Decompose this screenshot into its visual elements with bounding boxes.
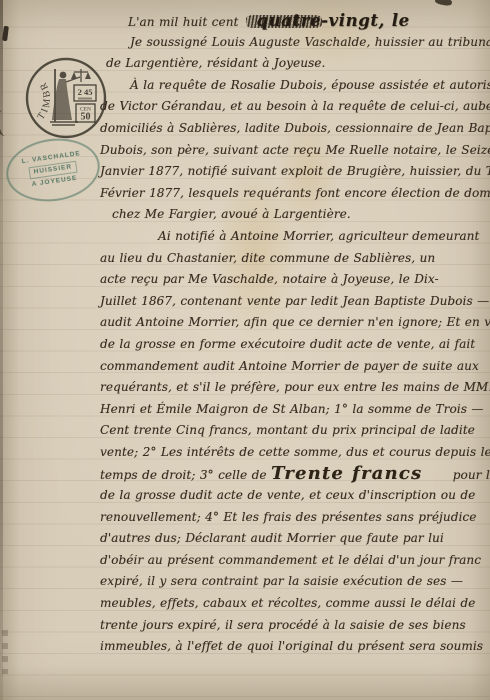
huissier-office-stamp: L. VASCHALDE HUISSIER A JOYEUSE [2,133,104,207]
manuscript-line: d'autres dus; Déclarant audit Morrier qu… [100,528,488,550]
manuscript-amount-line: temps de droit; 3° celle de Trente franc… [100,463,488,485]
manuscript-line: Dubois, son père, suivant acte reçu Me R… [100,140,488,162]
manuscript-line: commandement audit Antoine Morrier de pa… [100,356,488,378]
manuscript-opening-line: L'an mil huit centquatre-vingt, le [100,10,488,32]
scan-edge-shadow [0,0,3,700]
manuscript-line: meubles, effets, cabaux et récoltes, com… [100,593,488,615]
scales-icon [71,69,91,82]
manuscript-line: au lieu du Chastanier, dite commune de S… [100,248,488,270]
bottom-left-marks [2,630,8,674]
opening-overwrite: quatre-vingt, le [256,11,409,30]
top-edge-smudge [435,0,453,6]
manuscript-line: de Largentière, résidant à Joyeuse. [100,53,488,75]
amount-before: temps de droit; 3° celle de [100,468,267,482]
stamp-value-boxes: 2 45 CEN 50 [74,85,96,123]
manuscript-line: chez Me Fargier, avoué à Largentière. [100,204,488,226]
manuscript-line: expiré, il y sera contraint par la saisi… [100,571,488,593]
manuscript-line: Ai notifié à Antoine Morrier, agriculteu… [100,226,488,248]
manuscript-line: Je soussigné Louis Auguste Vaschalde, hu… [100,32,488,54]
manuscript-line: audit Antoine Morrier, afin que ce derni… [100,312,488,334]
manuscript-page: TIMBRE 2 45 CEN 50 L. VASCHALDE HUIS [0,0,490,700]
manuscript-line: vente; 2° Les intérêts de cette somme, d… [100,442,488,464]
manuscript-line: Henri et Émile Maigron de St Alban; 1° l… [100,399,488,421]
manuscript-line: domiciliés à Sablières, ladite Dubois, c… [100,118,488,140]
opening-prefix: L'an mil huit cent [128,15,238,29]
manuscript-line: d'obéir au présent commandement et le dé… [100,550,488,572]
manuscript-line: renouvellement; 4° Et les frais des prés… [100,507,488,529]
ink-dash-artifact [2,26,9,41]
manuscript-line: de la grosse dudit acte de vente, et ceu… [100,485,488,507]
margin-paren-artifact [0,109,13,137]
manuscript-line: Juillet 1867, contenant vente par ledit … [100,291,488,313]
manuscript-line: de Victor Gérandau, et au besoin à la re… [100,96,488,118]
amount-emphasis: Trente francs [271,463,422,484]
amount-after: pour les frais [453,468,490,482]
manuscript-line: À la requête de Rosalie Dubois, épouse a… [100,75,488,97]
manuscript-line: Janvier 1877, notifié suivant exploit de… [100,161,488,183]
manuscript-line: Février 1877, lesquels requérants font e… [100,183,488,205]
manuscript-text: L'an mil huit centquatre-vingt, le Je so… [100,10,488,658]
manuscript-line: Cent trente Cinq francs, montant du prix… [100,420,488,442]
stamp-value-main: 2 45 [78,87,93,97]
manuscript-line: acte reçu par Me Vaschalde, notaire à Jo… [100,269,488,291]
manuscript-line: de la grosse en forme exécutoire dudit a… [100,334,488,356]
manuscript-line: requérants, et s'il le préfère, pour eux… [100,377,488,399]
manuscript-line: trente jours expiré, il sera procédé à l… [100,615,488,637]
stamp-cents-value: 50 [81,112,91,123]
revenue-stamp-icon: TIMBRE 2 45 CEN 50 [24,55,108,141]
manuscript-line: immeubles, à l'effet de quoi l'original … [100,636,488,658]
